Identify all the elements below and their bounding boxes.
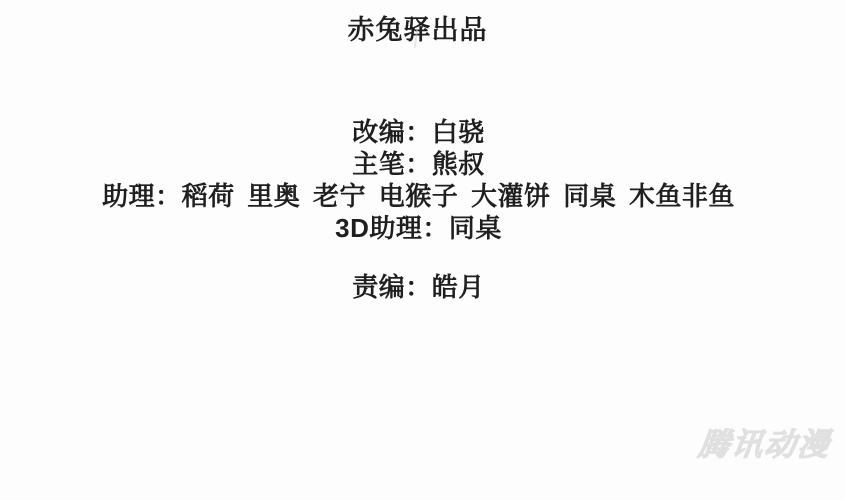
credits-block: 改编：白骁 主笔：熊叔 助理：稻荷 里奥 老宁 电猴子 大灌饼 同桌 木鱼非鱼 … <box>0 116 841 244</box>
tencent-comics-watermark: 腾讯动漫 <box>696 419 834 464</box>
studio-production-title: 赤兔驿出品 <box>0 8 840 47</box>
comic-credits-page: 赤兔驿出品 改编：白骁 主笔：熊叔 助理：稻荷 里奥 老宁 电猴子 大灌饼 同桌… <box>0 0 845 500</box>
credit-line-lead-artist: 主笔：熊叔 <box>0 148 841 180</box>
credit-line-assistants: 助理：稻荷 里奥 老宁 电猴子 大灌饼 同桌 木鱼非鱼 <box>0 180 841 212</box>
credit-line-editor: 责编：皓月 <box>0 271 841 303</box>
credit-line-3d-assistant: 3D助理：同桌 <box>0 212 841 244</box>
credit-line-adaptation: 改编：白骁 <box>0 116 841 148</box>
